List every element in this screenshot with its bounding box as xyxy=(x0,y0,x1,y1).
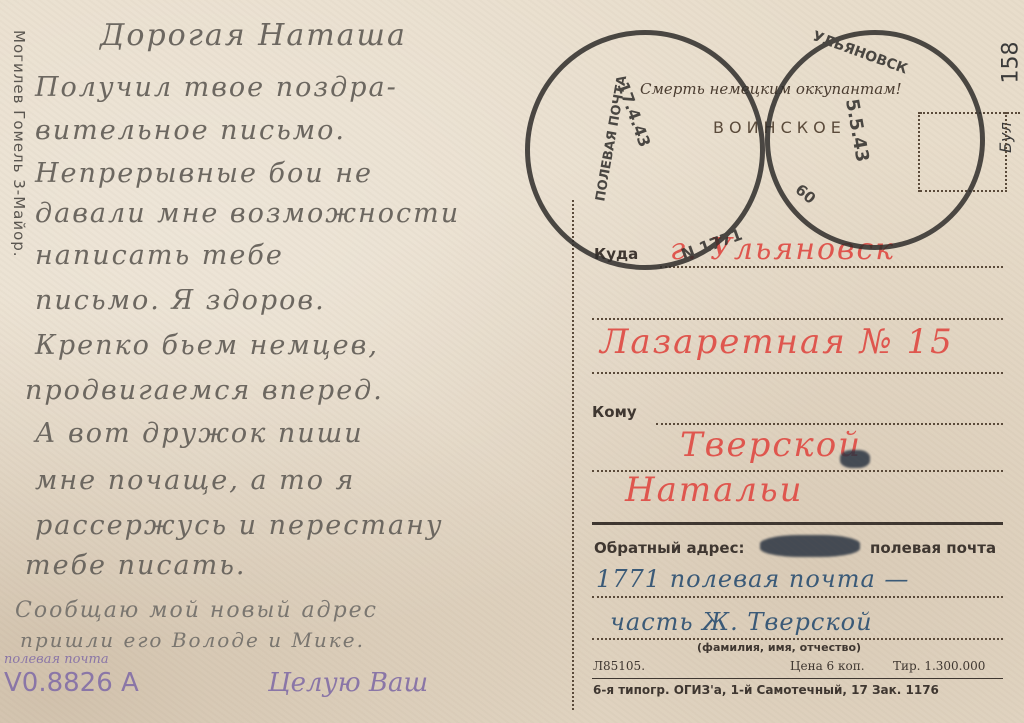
postmark-city: УЛЬЯНОВСК 5.5.43 60 xyxy=(765,30,985,250)
margin-note-text: Могилев Гомель 3-Майор. xyxy=(10,30,28,258)
letter-line: тебе писать. xyxy=(25,550,247,581)
letter-line: письмо. Я здоров. xyxy=(35,285,326,316)
letter-line: написать тебе xyxy=(35,240,284,271)
letter-line: Непрерывные бои не xyxy=(35,158,373,189)
postmark-text: УЛЬЯНОВСК xyxy=(810,28,909,77)
return-address-value-1: 1771 полевая почта — xyxy=(596,565,909,593)
to-whom-label: Кому xyxy=(592,403,637,421)
letter-line: рассержусь и перестану xyxy=(35,510,444,541)
censor-stamp-label: полевая почта xyxy=(4,652,109,667)
return-line xyxy=(592,638,1003,640)
price: Цена 6 коп. xyxy=(790,659,865,673)
catalog-number: Л85105. xyxy=(593,659,645,673)
postmark-field-post: ПОЛЕВАЯ ПОЧТА 17.4.43 N 1771 xyxy=(525,30,765,270)
print-run: Тир. 1.300.000 xyxy=(893,659,985,673)
section-rule xyxy=(592,522,1003,525)
printer-info: 6-я типогр. ОГИЗ'а, 1-й Самотечный, 17 З… xyxy=(593,683,939,697)
letter-line: Крепко бьем немцев, xyxy=(35,330,379,361)
censored-blot xyxy=(760,535,860,557)
return-address-label: Обратный адрес: xyxy=(594,539,744,557)
signature: Целую Ваш xyxy=(268,668,428,698)
footer-rule xyxy=(592,678,1003,679)
address-line xyxy=(592,372,1003,374)
ink-blot xyxy=(840,450,870,468)
margin-note: Могилев Гомель 3-Майор. xyxy=(6,30,26,450)
letter-line: Сообщаю мой новый адрес xyxy=(15,598,378,623)
postcard: Могилев Гомель 3-Майор. Дорогая Наташа П… xyxy=(0,0,1024,723)
letter-line: мне почаще, а то я xyxy=(35,465,355,496)
censor-stamp-number: V0.8826 А xyxy=(4,668,139,698)
stamp-box-border xyxy=(1005,112,1007,192)
return-address-value-2: часть Ж. Тверской xyxy=(610,608,873,636)
postmark-date: 5.5.43 xyxy=(841,97,873,163)
to-whom-value-1: Тверской xyxy=(680,425,862,465)
address-line xyxy=(592,318,1003,320)
return-line xyxy=(592,596,1003,598)
letter-line: пришли его Володе и Мике. xyxy=(20,628,365,652)
to-whom-value-2: Натальи xyxy=(625,470,804,510)
address-line-2: Лазаретная № 15 xyxy=(600,322,954,362)
letter-line: вительное письмо. xyxy=(35,115,346,146)
letter-line: продвигаемся вперед. xyxy=(25,375,384,406)
letter-line: А вот дружок пиши xyxy=(35,418,364,449)
letter-greeting: Дорогая Наташа xyxy=(100,18,407,53)
letter-line: давали мне возможности xyxy=(35,198,460,229)
letter-line: Получил твое поздра- xyxy=(35,72,398,103)
name-caption: (фамилия, имя, отчество) xyxy=(697,641,861,654)
postmark-number: 60 xyxy=(792,180,820,207)
corner-number: 158 xyxy=(999,42,1024,84)
return-address-printed: полевая почта xyxy=(870,539,996,557)
form-divider xyxy=(572,200,574,710)
